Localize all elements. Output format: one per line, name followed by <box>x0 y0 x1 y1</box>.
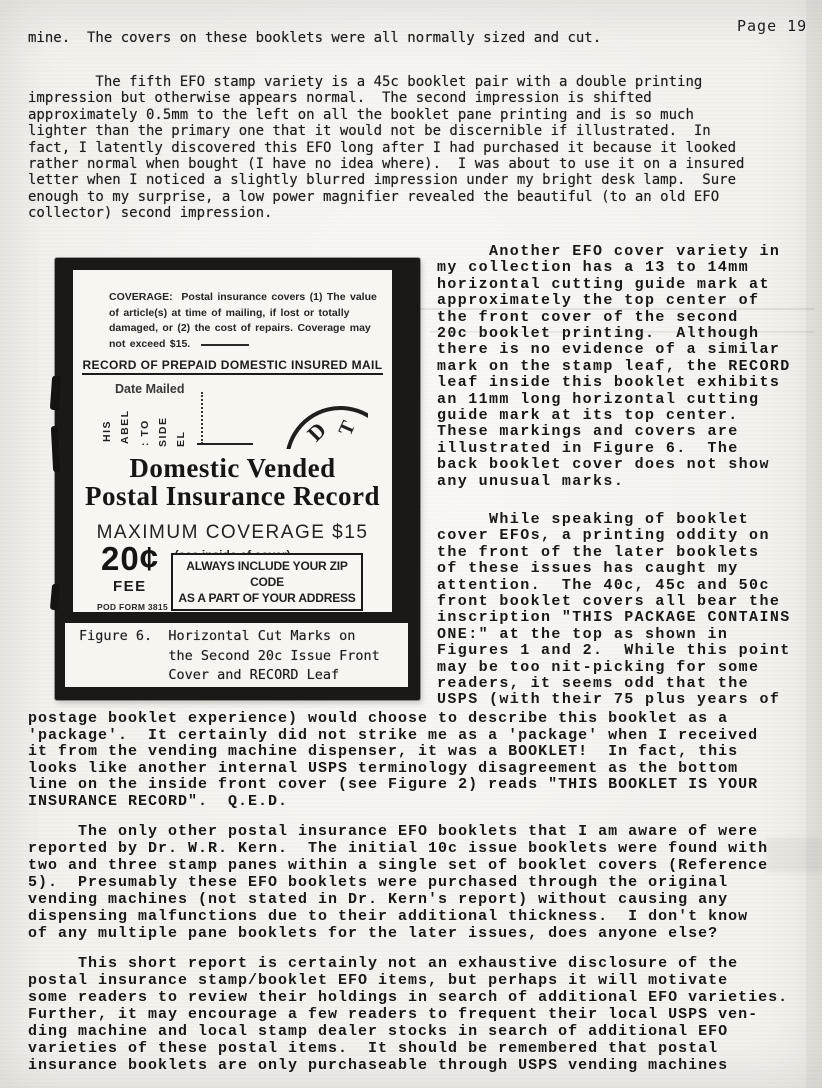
postmark-arc-icon: D T <box>283 403 368 449</box>
fee-amount: 20¢ <box>101 540 159 578</box>
paragraph-package-continuation: postage booklet experience) would choose… <box>28 711 758 810</box>
scan-binding-mark <box>51 426 60 472</box>
rotated-label-fragment: EL <box>175 431 187 447</box>
rotated-label-fragment: SIDE <box>157 416 169 447</box>
paragraph-fifth-efo: The fifth EFO stamp variety is a 45c boo… <box>28 74 744 222</box>
rotated-label-fragment: HIS <box>101 420 113 442</box>
form-number: POD FORM 3815 <box>97 602 168 612</box>
fill-in-line <box>197 443 253 445</box>
record-heading-text: RECORD OF PREPAID DOMESTIC INSURED MAIL <box>82 358 382 375</box>
figure-caption-panel: Figure 6. Horizontal Cut Marks on the Se… <box>65 623 408 687</box>
scan-artifact <box>806 0 822 1088</box>
column-paragraph-another-efo: Another EFO cover variety in my collecti… <box>437 244 791 490</box>
paragraph-kern-report: The only other postal insurance EFO book… <box>28 823 768 942</box>
fee-label: FEE <box>113 578 147 595</box>
scan-binding-mark <box>50 376 61 411</box>
figure-6-illustration: COVERAGE: Postal insurance covers (1) Th… <box>55 258 420 700</box>
column-paragraph-while-speaking: While speaking of booklet cover EFOs, a … <box>437 512 791 709</box>
insurance-record-cover: COVERAGE: Postal insurance covers (1) Th… <box>73 270 392 612</box>
paragraph-mine-covers: mine. The covers on these booklets were … <box>28 30 601 46</box>
date-mailed-label: Date Mailed <box>115 382 184 396</box>
scan-binding-mark <box>50 584 60 611</box>
record-heading: RECORD OF PREPAID DOMESTIC INSURED MAIL <box>73 356 392 374</box>
zip-notice-line-2: AS A PART OF YOUR ADDRESS <box>175 590 359 606</box>
cover-title-line-1: Domestic Vended <box>73 453 392 484</box>
coverage-blank-line <box>201 344 249 346</box>
dotted-fill-line <box>201 392 203 444</box>
coverage-paragraph: COVERAGE: Postal insurance covers (1) Th… <box>109 290 369 352</box>
zip-notice-line-1: ALWAYS INCLUDE YOUR ZIP CODE <box>175 558 359 590</box>
rotated-label-fragment: : TO <box>139 419 151 446</box>
page-number: Page 19 <box>737 17 807 35</box>
scan-artifact <box>766 838 822 872</box>
cover-title-line-2: Postal Insurance Record <box>73 481 392 512</box>
figure-caption: Figure 6. Horizontal Cut Marks on the Se… <box>79 627 380 686</box>
paragraph-closing: This short report is certainly not an ex… <box>28 955 788 1074</box>
rotated-label-fragment: ABEL <box>119 409 131 444</box>
scanned-document-page: Page 19 mine. The covers on these bookle… <box>0 0 822 1088</box>
zip-code-notice-box: ALWAYS INCLUDE YOUR ZIP CODE AS A PART O… <box>171 553 363 611</box>
